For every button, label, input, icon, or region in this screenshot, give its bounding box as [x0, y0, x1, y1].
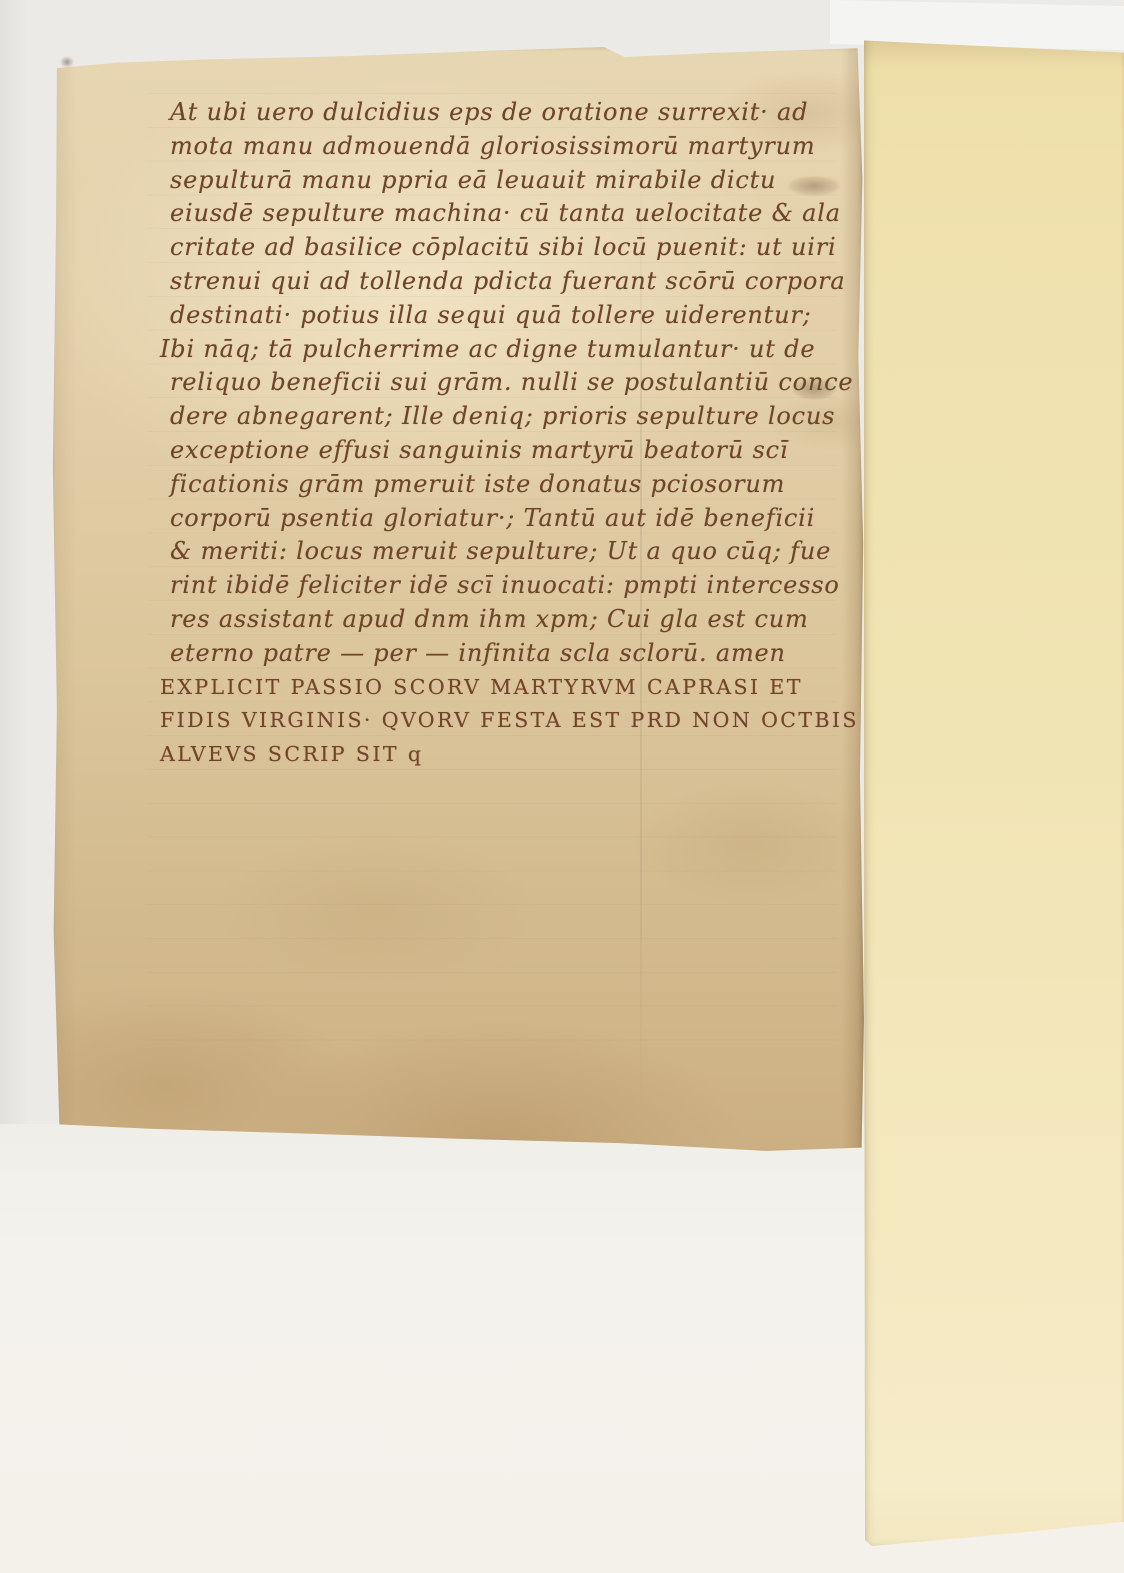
manuscript-text-line: ficationis grām pmeruit iste donatus pci…	[170, 468, 840, 502]
manuscript-text-line: eterno patre — per — infinita scla sclor…	[170, 637, 840, 671]
manuscript-text-line: eiusdē sepulture machina· cū tanta ueloc…	[170, 197, 840, 231]
manuscript-text-line: corporū psentia gloriatur·; Tantū aut id…	[170, 502, 840, 536]
manuscript-text-line: Ibi nāq; tā pulcherrime ac digne tumulan…	[160, 333, 840, 367]
photo-backdrop: At ubi uero dulcidius eps de oratione su…	[0, 0, 1124, 1573]
wormhole-speck	[60, 56, 74, 68]
manuscript-folio: At ubi uero dulcidius eps de oratione su…	[52, 46, 864, 1152]
manuscript-text-line: FIDIS VIRGINIS· QVORV FESTA EST PRD NON …	[160, 704, 840, 738]
manuscript-text-line: destinati· potius illa sequi quā tollere…	[170, 299, 840, 333]
folio-text-block: At ubi uero dulcidius eps de oratione su…	[170, 96, 840, 772]
ink-smudge-lower	[792, 378, 836, 400]
manuscript-text-line: sepulturā manu ppria eā leuauit mirabile…	[170, 164, 840, 198]
manuscript-text-line: critate ad basilice cōplacitū sibi locū …	[170, 231, 840, 265]
manuscript-text-line: reliquo beneficii sui grām. nulli se pos…	[170, 366, 840, 400]
manuscript-text-line: EXPLICIT PASSIO SCORV MARTYRVM CAPRASI E…	[160, 671, 840, 705]
manuscript-text-line: exceptione effusi sanguinis martyrū beat…	[170, 434, 840, 468]
manuscript-text-line: res assistant apud dnm ihm xpm; Cui gla …	[170, 603, 840, 637]
manuscript-text-line: dere abnegarent; Ille deniq; prioris sep…	[170, 400, 840, 434]
manuscript-text-line: & meriti: locus meruit sepulture; Ut a q…	[170, 535, 840, 569]
manuscript-text-line: ALVEVS SCRIP SIT q	[160, 738, 840, 772]
manuscript-text-line: rint ibidē feliciter idē scī inuocati: p…	[170, 569, 840, 603]
ink-smudge-upper	[788, 176, 840, 196]
manuscript-text-line: At ubi uero dulcidius eps de oratione su…	[170, 96, 840, 130]
manuscript-text-line: mota manu admouendā gloriosissimorū mart…	[170, 130, 840, 164]
manuscript-text-line: strenui qui ad tollenda pdicta fuerant s…	[170, 265, 840, 299]
guard-sheet	[864, 36, 1124, 1546]
